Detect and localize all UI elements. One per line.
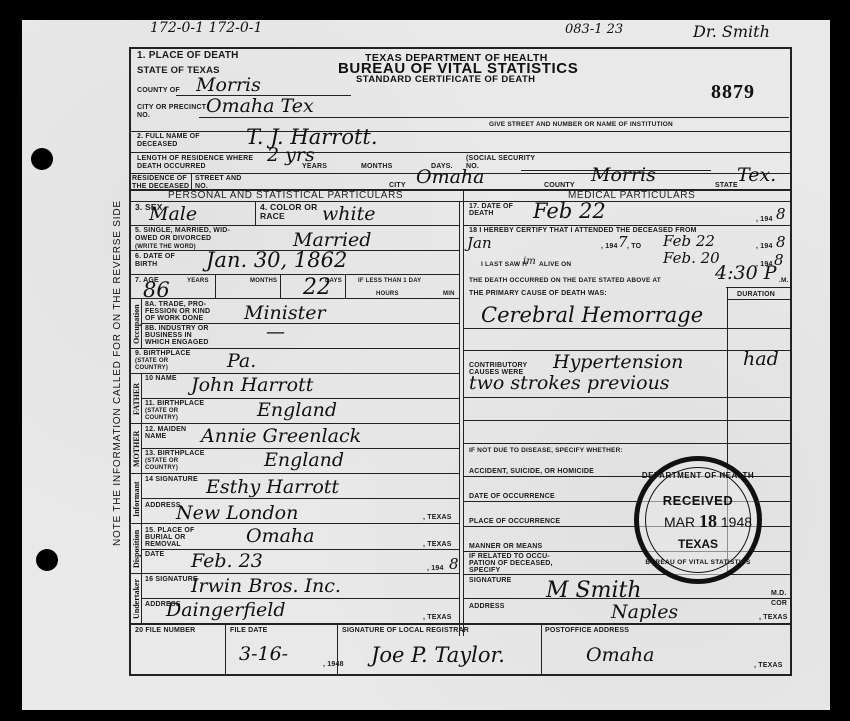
occurred-label: THE DEATH OCCURRED ON THE DATE STATED AB… (469, 277, 661, 285)
physician-signature-label: SIGNATURE (469, 577, 512, 585)
residence-length-value: 2 yrs (267, 145, 315, 165)
informant-signature-label: 14 SIGNATURE (145, 476, 198, 484)
last-saw-value: Feb. 20 (663, 248, 720, 268)
months-label: MONTHS (361, 163, 393, 171)
stamp-year: 1948 (721, 514, 752, 530)
industry-value: — (266, 322, 285, 342)
burial-label-3: REMOVAL (145, 541, 181, 549)
row-divider (131, 423, 459, 424)
undertaker-tab: Undertaker (132, 575, 141, 623)
birth-label-2: BIRTH (135, 261, 157, 269)
not-disease-label: IF NOT DUE TO DISEASE, SPECIFY WHETHER: (469, 447, 623, 455)
mother-birthplace-value: England (264, 450, 344, 470)
row-divider (131, 274, 459, 275)
age-years-value: 86 (143, 280, 170, 300)
undertaker-texas: , TEXAS (423, 614, 452, 622)
city-line (199, 117, 789, 118)
burial-year-suffix: 8 (449, 554, 459, 574)
burial-date-label: DATE (145, 551, 164, 559)
alive-on-label: ALIVE ON (539, 261, 571, 269)
file-number-label: 20 FILE NUMBER (135, 627, 195, 635)
stamp-status: RECEIVED (639, 493, 757, 508)
residence-city-value: Omaha (416, 167, 485, 187)
filing-divider-v (225, 623, 226, 674)
burial-texas: , TEXAS (423, 541, 452, 549)
county-value: Morris (196, 75, 261, 95)
years-label: YEARS (302, 163, 327, 171)
row-divider (131, 152, 790, 153)
min-label: MIN (443, 290, 455, 298)
row-divider (463, 397, 790, 398)
punch-hole-bottom (36, 549, 58, 571)
row-divider (131, 348, 459, 349)
personal-section-title: PERSONAL AND STATISTICAL PARTICULARS (168, 190, 403, 201)
age-months-label: MONTHS (250, 277, 277, 285)
industry-label-3: WHICH ENGAGED (145, 339, 209, 347)
attended-from-year-prefix: , 194 (601, 243, 618, 251)
institution-hint: GIVE STREET AND NUMBER OR NAME OF INSTIT… (489, 121, 673, 129)
row-divider (131, 225, 459, 226)
residence-divider (191, 174, 192, 189)
deceased-name-label: 2. FULL NAME OF DECEASED (137, 133, 217, 149)
physician-address-value: Naples (611, 602, 678, 622)
duration-line (727, 299, 790, 300)
attended-from-value: Jan (467, 233, 492, 253)
sex-value: Male (149, 204, 197, 224)
stamp-top-arc: DEPARTMENT OF HEALTH (639, 471, 757, 480)
attended-to-year-suffix: 8 (776, 232, 786, 252)
section-header-line (131, 201, 790, 202)
father-birthplace-label-3: COUNTRY) (145, 414, 178, 422)
contributory-value-1: Hypertension (553, 352, 683, 372)
stamp-bottom-arc: BUREAU OF VITAL STATISTICS (639, 559, 757, 566)
accident-label: ACCIDENT, SUICIDE, OR HOMICIDE (469, 468, 594, 476)
stamp-state: TEXAS (639, 537, 757, 551)
undertaker-address-value: Daingerfield (166, 600, 286, 620)
last-saw-label: I LAST SAW H (481, 261, 527, 269)
mother-tab: MOTHER (132, 425, 141, 473)
to-label: , TO (627, 243, 641, 251)
received-stamp: DEPARTMENT OF HEALTH RECEIVED MAR 18 194… (634, 456, 762, 584)
birth-label-1: 6. DATE OF (135, 253, 175, 261)
stamp-month: MAR (664, 514, 695, 530)
duration-label: DURATION (737, 291, 775, 299)
row-divider (463, 598, 790, 599)
filing-divider-v (541, 623, 542, 674)
row-divider (131, 131, 790, 132)
row-divider (463, 420, 790, 421)
primary-cause-value: Cerebral Hemorrage (481, 305, 703, 325)
form-title: STANDARD CERTIFICATE OF DEATH (356, 74, 535, 85)
mother-maiden-label-2: NAME (145, 433, 166, 441)
birth-value: Jan. 30, 1862 (206, 250, 347, 270)
row-divider (463, 574, 790, 575)
undertaker-signature-label: 16 SIGNATURE (145, 576, 198, 584)
contributory-value-2: had (743, 349, 779, 369)
county-label: COUNTY OF (137, 87, 180, 95)
postoffice-label: POSTOFFICE ADDRESS (545, 627, 629, 635)
birthplace-label-3: COUNTRY) (135, 364, 168, 372)
file-date-label: FILE DATE (230, 627, 267, 635)
physician-address-label: ADDRESS (469, 603, 505, 611)
occurrence-place-label: PLACE OF OCCURRENCE (469, 518, 560, 526)
age-divider (345, 274, 346, 298)
row-divider (463, 225, 790, 226)
physician-texas: , TEXAS (759, 614, 788, 622)
burial-year-prefix: , 194 (427, 565, 444, 573)
note-top-right: Dr. Smith (693, 22, 770, 42)
occurred-time: 4:30 P (715, 263, 777, 283)
file-year: , 1948 (323, 661, 344, 669)
attended-to-year-prefix: , 194 (756, 243, 773, 251)
city-value: Omaha Tex (206, 96, 314, 116)
burial-place-value: Omaha (246, 526, 315, 546)
row-divider (131, 473, 459, 474)
postoffice-texas: , TEXAS (754, 662, 783, 670)
registrar-signature: Joe P. Taylor. (371, 645, 505, 665)
disposition-tab: Disposition (132, 525, 141, 573)
place-of-death-label: 1. PLACE OF DEATH (137, 51, 239, 60)
occurrence-date-label: DATE OF OCCURRENCE (469, 493, 555, 501)
undertaker-signature-value: Irwin Bros. Inc. (191, 576, 341, 596)
side-note: NOTE THE INFORMATION CALLED FOR ON THE R… (112, 200, 123, 546)
trade-label-3: OF WORK DONE (145, 315, 203, 323)
father-name-label: 10 NAME (145, 375, 177, 383)
center-divider (459, 201, 460, 636)
primary-cause-label: THE PRIMARY CAUSE OF DEATH WAS: (469, 290, 607, 298)
file-code-left: 172-0-1 172-0-1 (150, 18, 262, 38)
informant-tab: Informant (132, 475, 141, 523)
age-days-value: 22 (303, 278, 331, 298)
filing-divider (131, 623, 790, 625)
marital-label-2: OWED OR DIVORCED (135, 235, 211, 243)
certificate-number: 8879 (711, 81, 755, 104)
occurred-suffix: .M. (779, 277, 789, 285)
postoffice-value: Omaha (586, 645, 655, 665)
punch-hole-top (31, 148, 53, 170)
father-name-value: John Harrott (191, 375, 313, 395)
father-tab: FATHER (132, 375, 141, 423)
death-date-value: Feb 22 (533, 201, 606, 221)
color-label: 4. COLOR OR RACE (260, 203, 320, 221)
duration-top-line (726, 287, 790, 288)
file-date-value: 3-16- (239, 644, 288, 664)
age-divider (280, 274, 281, 298)
filing-divider-v (337, 623, 338, 674)
contributory-value-3: two strokes previous (469, 373, 670, 393)
residence-state-value: Tex. (737, 165, 776, 185)
burial-date-value: Feb. 23 (191, 551, 263, 571)
md-label: M.D. (771, 590, 787, 598)
row-divider (131, 523, 459, 524)
city-label: CITY OR PRECINCT NO. (137, 104, 207, 120)
informant-texas: , TEXAS (423, 514, 452, 522)
death-date-label-2: DEATH (469, 210, 494, 218)
color-value: white (322, 204, 375, 224)
birthplace-value: Pa. (227, 351, 256, 371)
center-divider-2 (463, 190, 464, 636)
residence-length-label: LENGTH OF RESIDENCE WHERE DEATH OCCURRED (137, 155, 267, 171)
marital-label-1: 5. SINGLE, MARRIED, WID- (135, 227, 230, 235)
manner-label: MANNER OR MEANS (469, 543, 542, 551)
last-saw-him: im (523, 252, 536, 272)
age-years-label: YEARS (187, 277, 209, 285)
file-code-right: 083-1 23 (565, 20, 623, 40)
sex-color-divider (255, 201, 256, 225)
informant-signature-value: Esthy Harrott (206, 477, 339, 497)
mother-birthplace-label-3: COUNTRY) (145, 464, 178, 472)
row-divider (141, 498, 459, 499)
trade-value: Minister (244, 303, 326, 323)
death-year-suffix: 8 (776, 204, 786, 224)
stamp-day: 18 (699, 511, 717, 531)
row-divider (463, 443, 790, 444)
registrar-label: SIGNATURE OF LOCAL REGISTRAR (342, 627, 469, 635)
mother-maiden-value: Annie Greenlack (201, 426, 361, 446)
death-year-prefix: , 194 (756, 216, 773, 224)
less-than-day-label: IF LESS THAN 1 DAY (358, 277, 421, 285)
row-divider (141, 549, 459, 550)
hours-label: HOURS (376, 290, 399, 298)
occupation-tab: Occupation (132, 300, 141, 348)
stamp-date: MAR 18 1948 (649, 511, 767, 532)
residence-county-value: Morris (591, 165, 656, 185)
age-divider (215, 274, 216, 298)
cor-label: COR (771, 600, 787, 608)
row-divider (131, 298, 459, 299)
row-divider (463, 328, 790, 329)
marital-value: Married (293, 230, 371, 250)
row-divider (131, 573, 459, 574)
father-birthplace-value: England (257, 400, 337, 420)
row-divider (141, 323, 459, 324)
informant-address-value: New London (176, 503, 298, 523)
